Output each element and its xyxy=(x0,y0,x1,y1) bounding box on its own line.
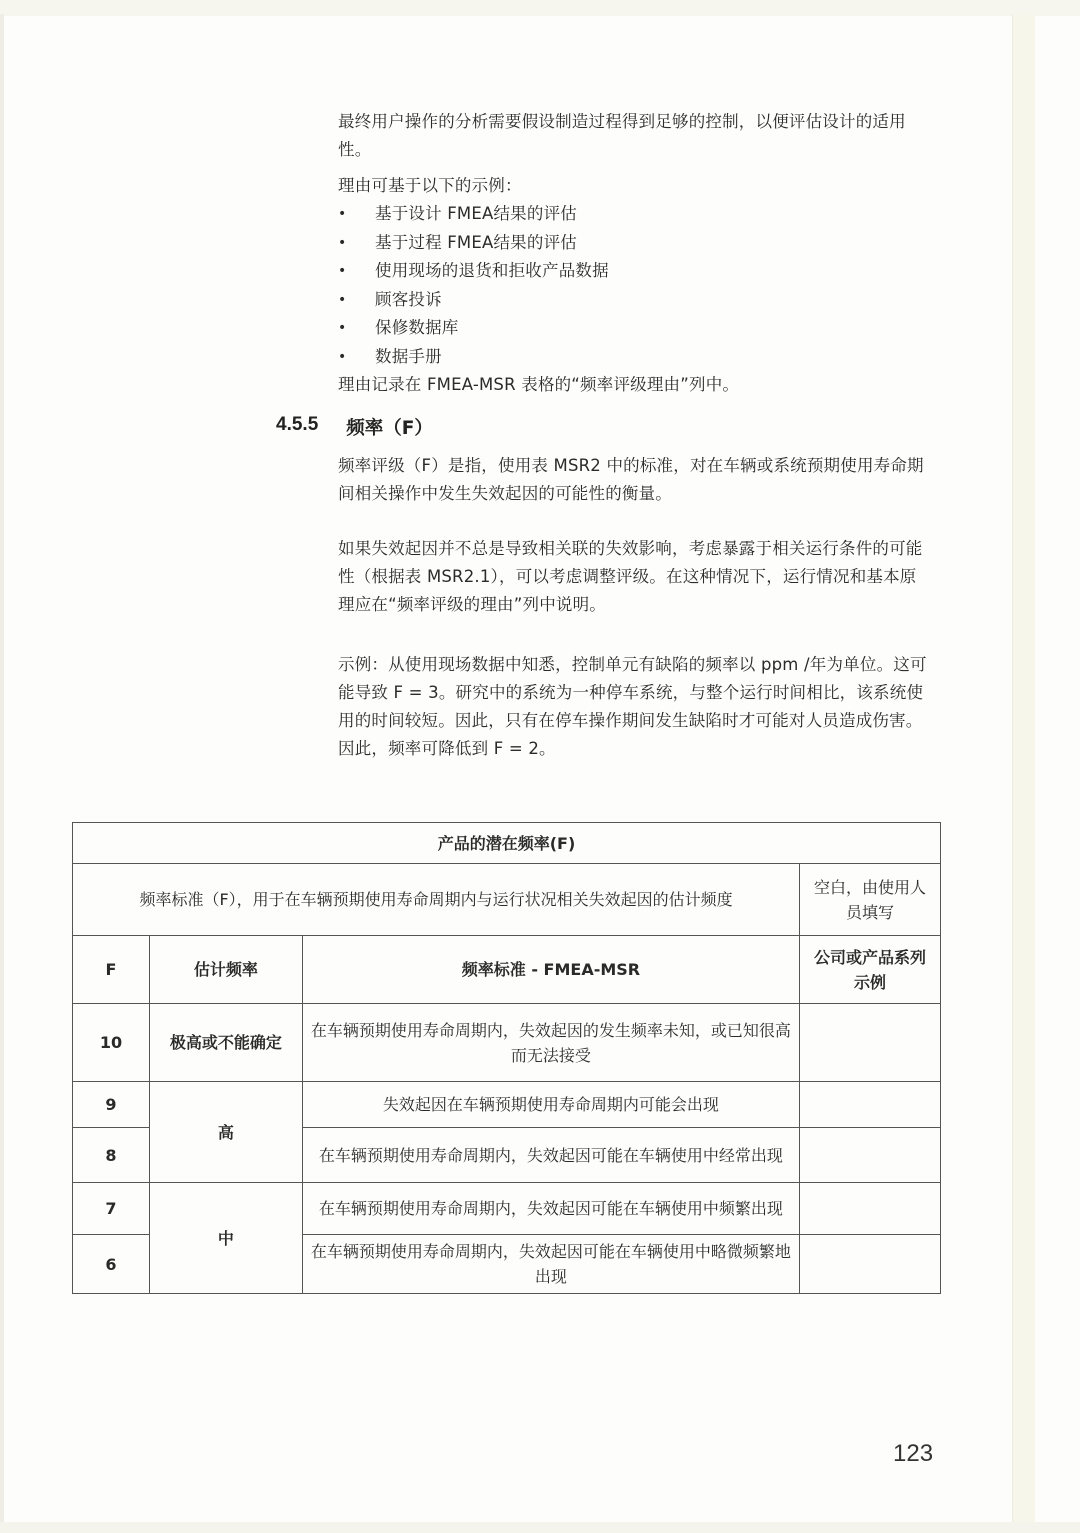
example-cell xyxy=(800,1082,941,1128)
table-description-row: 频率标准（F），用于在车辆预期使用寿命周期内与运行状况相关失效起因的估计频度 空… xyxy=(73,864,941,936)
list-item: •数据手册 xyxy=(338,343,928,372)
example-cell xyxy=(800,1004,941,1082)
section-number: 4.5.5 xyxy=(276,414,318,440)
intro-paragraph: 最终用户操作的分析需要假设制造过程得到足够的控制，以便评估设计的适用性。 xyxy=(338,108,928,164)
table-header-row: F 估计频率 频率标准 - FMEA-MSR 公司或产品系列示例 xyxy=(73,936,941,1004)
list-item: •保修数据库 xyxy=(338,314,928,343)
rationale-tail: 理由记录在 FMEA-MSR 表格的“频率评级理由”列中。 xyxy=(338,371,928,399)
estimated-frequency-high: 高 xyxy=(149,1082,302,1183)
rationale-examples-list: •基于设计 FMEA结果的评估 •基于过程 FMEA结果的评估 •使用现场的退货… xyxy=(338,200,928,371)
table-row: 9 高 失效起因在车辆预期使用寿命周期内可能会出现 xyxy=(73,1082,941,1128)
bullet-icon: • xyxy=(338,257,375,285)
blank-note: 空白，由使用人员填写 xyxy=(800,864,941,936)
section-example-paragraph: 示例：从使用现场数据中知悉，控制单元有缺陷的频率以 ppm /年为单位。这可能导… xyxy=(338,651,928,763)
criteria-description: 频率标准（F），用于在车辆预期使用寿命周期内与运行状况相关失效起因的估计频度 xyxy=(73,864,800,936)
rationale-lead: 理由可基于以下的示例： xyxy=(338,172,928,200)
header-criteria: 频率标准 - FMEA-MSR xyxy=(302,936,799,1004)
table-title-row: 产品的潜在频率(F) xyxy=(73,823,941,864)
scan-right-edge xyxy=(1012,14,1035,1533)
scan-left-edge xyxy=(0,14,4,1533)
criteria-text: 在车辆预期使用寿命周期内，失效起因可能在车辆使用中频繁出现 xyxy=(302,1183,799,1235)
list-item: •基于过程 FMEA结果的评估 xyxy=(338,229,928,258)
header-f: F xyxy=(73,936,150,1004)
list-item: •基于设计 FMEA结果的评估 xyxy=(338,200,928,229)
f-value: 6 xyxy=(73,1235,150,1294)
f-value: 10 xyxy=(73,1004,150,1082)
intro-block: 最终用户操作的分析需要假设制造过程得到足够的控制，以便评估设计的适用性。 理由可… xyxy=(338,108,928,399)
f-value: 7 xyxy=(73,1183,150,1235)
f-value: 9 xyxy=(73,1082,150,1128)
criteria-text: 在车辆预期使用寿命周期内，失效起因可能在车辆使用中略微频繁地出现 xyxy=(302,1235,799,1294)
example-cell xyxy=(800,1128,941,1183)
criteria-text: 在车辆预期使用寿命周期内，失效起因的发生频率未知，或已知很高而无法接受 xyxy=(302,1004,799,1082)
list-item: •使用现场的退货和拒收产品数据 xyxy=(338,257,928,286)
criteria-text: 在车辆预期使用寿命周期内，失效起因可能在车辆使用中经常出现 xyxy=(302,1128,799,1183)
frequency-table: 产品的潜在频率(F) 频率标准（F），用于在车辆预期使用寿命周期内与运行状况相关… xyxy=(72,822,941,1294)
header-estimated-frequency: 估计频率 xyxy=(149,936,302,1004)
bullet-icon: • xyxy=(338,314,375,342)
estimated-frequency-very-high: 极高或不能确定 xyxy=(149,1004,302,1082)
page-number: 123 xyxy=(893,1440,933,1468)
bullet-icon: • xyxy=(338,286,375,314)
scan-bottom-edge xyxy=(0,1522,1080,1533)
bullet-icon: • xyxy=(338,229,375,257)
bullet-icon: • xyxy=(338,343,375,371)
section-paragraph-2: 如果失效起因并不总是导致相关联的失效影响，考虑暴露于相关运行条件的可能性（根据表… xyxy=(338,535,928,619)
table-row: 10 极高或不能确定 在车辆预期使用寿命周期内，失效起因的发生频率未知，或已知很… xyxy=(73,1004,941,1082)
list-item: •顾客投诉 xyxy=(338,286,928,315)
scan-top-edge xyxy=(0,0,1080,16)
bullet-icon: • xyxy=(338,200,375,228)
estimated-frequency-medium: 中 xyxy=(149,1183,302,1294)
example-cell xyxy=(800,1235,941,1294)
section-heading: 4.5.5 频率（F） xyxy=(276,414,433,440)
criteria-text: 失效起因在车辆预期使用寿命周期内可能会出现 xyxy=(302,1082,799,1128)
header-examples: 公司或产品系列示例 xyxy=(800,936,941,1004)
section-paragraph-1: 频率评级（F）是指，使用表 MSR2 中的标准，对在车辆或系统预期使用寿命期间相… xyxy=(338,452,928,508)
table-title: 产品的潜在频率(F) xyxy=(73,823,941,864)
table-row: 7 中 在车辆预期使用寿命周期内，失效起因可能在车辆使用中频繁出现 xyxy=(73,1183,941,1235)
section-title: 频率（F） xyxy=(346,414,433,440)
f-value: 8 xyxy=(73,1128,150,1183)
example-cell xyxy=(800,1183,941,1235)
